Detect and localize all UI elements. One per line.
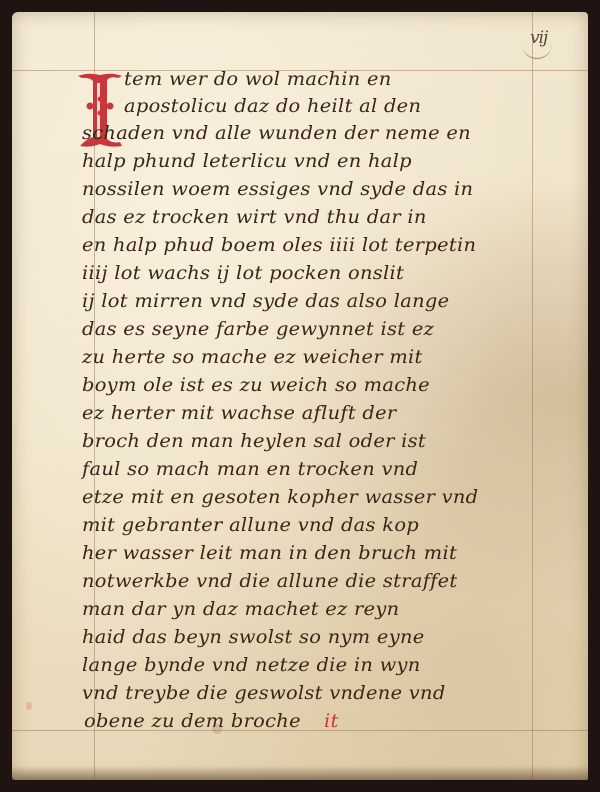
- right-ruling-line: [532, 12, 533, 780]
- manuscript-page: vij tem wer do wol machin en apostolicu …: [12, 12, 588, 780]
- text-line: mit gebranter allune vnd das kop: [82, 514, 419, 536]
- text-line: das ez trocken wirt vnd thu dar in: [82, 206, 427, 228]
- text-line: haid das beyn swolst so nym eyne: [82, 626, 425, 648]
- stain: [26, 702, 32, 710]
- text-line: lange bynde vnd netze die in wyn: [82, 654, 421, 676]
- text-line: schaden vnd alle wunden der neme en: [82, 122, 471, 144]
- text-line: halp phund leterlicu vnd en halp: [82, 150, 412, 172]
- text-line: vnd treybe die geswolst vndene vnd: [82, 682, 446, 704]
- text-line: notwerkbe vnd die allune die straffet: [82, 570, 458, 592]
- folio-number: vij: [530, 28, 547, 48]
- text-line: faul so mach man en trocken vnd: [82, 458, 418, 480]
- text-line: das es seyne farbe gewynnet ist ez: [82, 318, 434, 340]
- text-line: en halp phud boem oles iiii lot terpetin: [82, 234, 476, 256]
- text-line: apostolicu daz do heilt al den: [124, 95, 421, 117]
- text-line: boym ole ist es zu weich so mache: [82, 374, 430, 396]
- text-line: broch den man heylen sal oder ist: [82, 430, 426, 452]
- text-line: man dar yn daz machet ez reyn: [82, 598, 399, 620]
- text-line: her wasser leit man in den bruch mit: [82, 542, 457, 564]
- text-line: etze mit en gesoten kopher wasser vnd: [82, 486, 478, 508]
- text-line: ez herter mit wachse afluft der: [82, 402, 396, 424]
- text-line: zu herte so mache ez weicher mit: [82, 346, 423, 368]
- text-line: tem wer do wol machin en: [124, 68, 392, 90]
- rubric-mark: it: [324, 710, 339, 732]
- text-line: iiij lot wachs ij lot pocken onslit: [82, 262, 404, 284]
- text-line: obene zu dem broche: [84, 710, 301, 732]
- text-line: ij lot mirren vnd syde das also lange: [82, 290, 449, 312]
- text-line: nossilen woem essiges vnd syde das in: [82, 178, 473, 200]
